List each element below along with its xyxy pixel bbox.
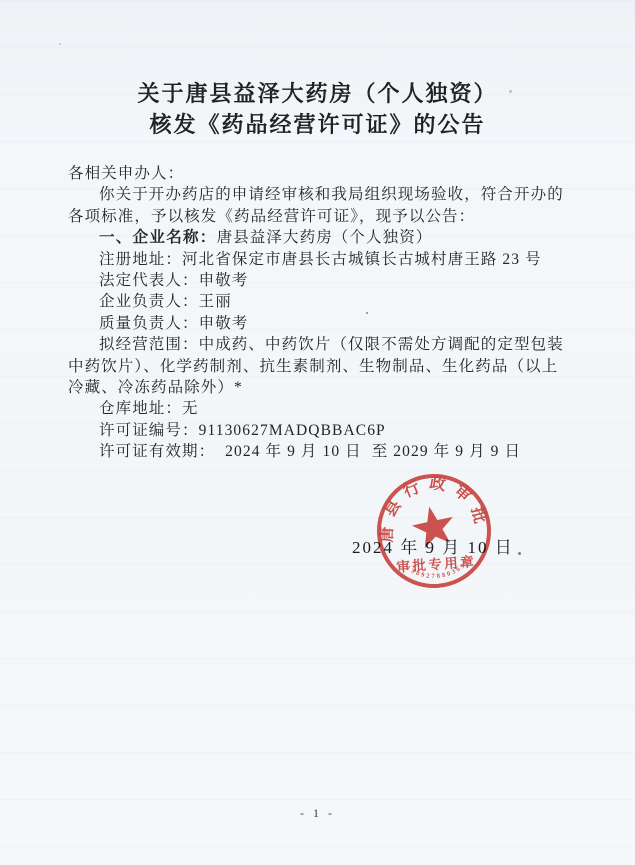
- field-line: 质量负责人：申敬考: [68, 313, 573, 334]
- intro-paragraph: 你关于开办药店的申请经审核和我局组织现场验收，符合开办的各项标准，予以核发《药品…: [68, 184, 573, 227]
- issue-date: 2024 年 9 月 10 日: [352, 533, 514, 558]
- official-seal: 唐县行政审批局 审批专用章 1389278803692: [349, 446, 520, 617]
- field-label: 一、企业名称：: [99, 229, 217, 246]
- seal-stamp-icon: 唐县行政审批局 审批专用章 1389278803692: [349, 446, 520, 617]
- field-label: 注册地址：: [99, 251, 182, 268]
- field-label: 质量负责人：: [99, 315, 199, 332]
- title-line-1: 关于唐县益泽大药房（个人独资）: [0, 78, 635, 109]
- field-label: 许可证有效期：: [99, 443, 215, 460]
- field-value: 申敬考: [199, 272, 249, 289]
- svg-text:1389278803692: 1389278803692: [404, 557, 472, 582]
- field-value: 申敬考: [199, 315, 249, 332]
- field-value: 王丽: [199, 293, 232, 310]
- field-label: 仓库地址：: [99, 400, 182, 417]
- document-title: 关于唐县益泽大药房（个人独资） 核发《药品经营许可证》的公告: [0, 0, 635, 140]
- field-value: 无: [182, 400, 199, 417]
- field-line: 许可证编号：91130627MADQBBAC6P: [68, 420, 573, 441]
- field-line: 许可证有效期： 2024 年 9 月 10 日 至 2029 年 9 月 9 日: [68, 441, 573, 462]
- title-line-2: 核发《药品经营许可证》的公告: [0, 109, 635, 140]
- document-body: 各相关申办人： 你关于开办药店的申请经审核和我局组织现场验收，符合开办的各项标准…: [68, 163, 573, 463]
- field-line: 注册地址：河北省保定市唐县长古城镇长古城村唐王路 23 号: [68, 249, 573, 270]
- field-value: 91130627MADQBBAC6P: [199, 422, 386, 439]
- field-label: 拟经营范围：: [99, 336, 199, 353]
- field-line: 企业负责人：王丽: [68, 291, 573, 312]
- field-label: 法定代表人：: [99, 272, 199, 289]
- field-value: 2024 年 9 月 10 日 至 2029 年 9 月 9 日: [215, 443, 521, 460]
- field-label: 许可证编号：: [99, 422, 199, 439]
- field-line: 拟经营范围：中成药、中药饮片（仅限不需处方调配的定型包装中药饮片）、化学药制剂、…: [68, 334, 573, 398]
- field-line: 一、企业名称：唐县益泽大药房（个人独资）: [68, 227, 573, 248]
- field-value: 唐县益泽大药房（个人独资）: [217, 229, 433, 246]
- fields: 一、企业名称：唐县益泽大药房（个人独资） 注册地址：河北省保定市唐县长古城镇长古…: [68, 227, 573, 462]
- field-label: 企业负责人：: [99, 293, 199, 310]
- seal-ring: [375, 472, 492, 589]
- field-value: 河北省保定市唐县长古城镇长古城村唐王路 23 号: [182, 251, 542, 268]
- seal-serial-number: 1389278803692: [404, 557, 472, 582]
- salutation: 各相关申办人：: [68, 163, 573, 184]
- field-line: 仓库地址：无: [68, 398, 573, 419]
- document-page: 关于唐县益泽大药房（个人独资） 核发《药品经营许可证》的公告 各相关申办人： 你…: [0, 0, 635, 865]
- page-number: - 1 -: [0, 806, 635, 821]
- scan-speck: [518, 552, 521, 555]
- field-line: 法定代表人：申敬考: [68, 270, 573, 291]
